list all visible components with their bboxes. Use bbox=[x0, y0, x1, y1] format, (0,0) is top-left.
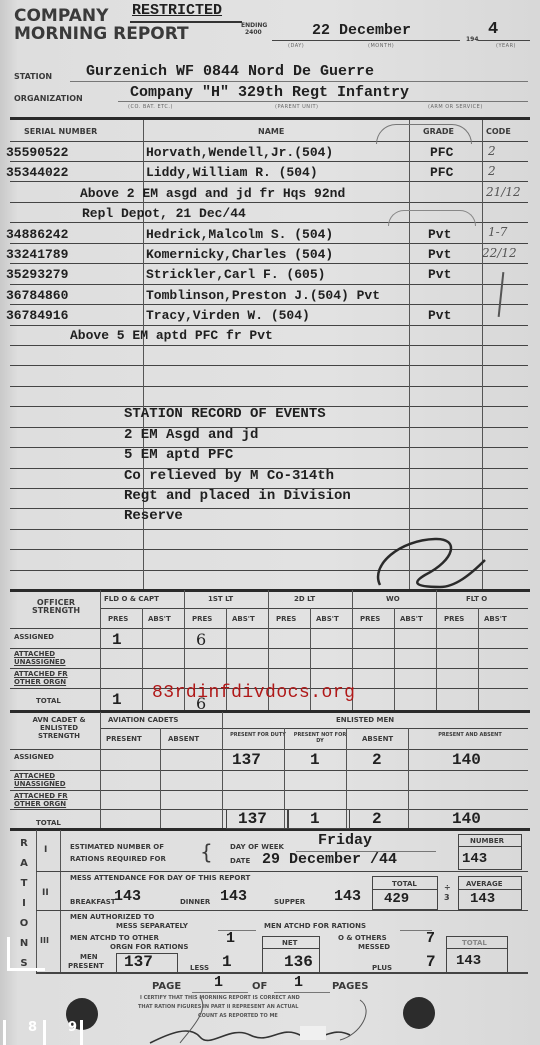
o-others-label: O & OTHERS bbox=[338, 934, 387, 942]
o-others-value: 7 bbox=[426, 930, 435, 947]
col-header-code: CODE bbox=[486, 127, 511, 136]
watermark-site: 83rdinfdivdocs.org bbox=[152, 683, 355, 703]
enlisted-row-line bbox=[10, 790, 528, 791]
men-atchd-for-rations-label: MEN ATCHD FOR RATIONS bbox=[264, 922, 366, 930]
day-caption: (DAY) bbox=[288, 43, 304, 49]
enl-col-present-absent: PRESENT AND ABSENT bbox=[420, 732, 520, 738]
film-glare bbox=[300, 1026, 326, 1040]
enl-total-absent: 2 bbox=[372, 810, 382, 828]
ration-number-value: 143 bbox=[462, 851, 487, 867]
rations-letter: S bbox=[18, 954, 30, 974]
row-grade: PFC bbox=[430, 145, 453, 160]
dinner-label: DINNER bbox=[180, 898, 210, 906]
row-name: Tomblinson,Preston J.(504) Pvt bbox=[146, 288, 380, 303]
rations-side-label: R A T I O N S bbox=[18, 834, 30, 974]
total-box-divider bbox=[372, 889, 438, 890]
officer-group-2d-lt: 2D LT bbox=[294, 595, 315, 603]
report-date: 22 December bbox=[312, 22, 411, 39]
rations-letter: R bbox=[18, 834, 30, 854]
signature-scrawl bbox=[140, 995, 390, 1045]
mess-total-value: 429 bbox=[384, 891, 409, 907]
rations-letter: A bbox=[18, 854, 30, 874]
row-name: Komernicky,Charles (504) bbox=[146, 247, 333, 262]
roster-top-border bbox=[10, 117, 530, 120]
row-line bbox=[10, 365, 528, 366]
net-label: NET bbox=[282, 939, 297, 947]
officer-row-label-attached-fr: ATTACHED FR OTHER ORGN bbox=[14, 670, 94, 686]
sub-pres: PRES bbox=[108, 615, 128, 623]
officer-group-fld: FLD O & CAPT bbox=[104, 595, 159, 603]
row-grade: Pvt bbox=[428, 308, 451, 323]
restricted-stamp: RESTRICTED bbox=[132, 2, 222, 19]
supper-value: 143 bbox=[334, 888, 361, 905]
ration-number-label: NUMBER bbox=[470, 837, 504, 845]
enlisted-strength-title: AVN CADET & ENLISTED STRENGTH bbox=[24, 716, 94, 740]
enl-total-present-duty: 137 bbox=[238, 810, 267, 828]
page-value: 1 bbox=[214, 974, 223, 991]
col-divider-grade bbox=[482, 120, 483, 590]
less-value: 1 bbox=[222, 953, 232, 971]
enlisted-col-line bbox=[222, 712, 223, 828]
restricted-underline bbox=[130, 21, 242, 23]
mess-average-value: 143 bbox=[470, 891, 495, 907]
row-serial: 35293279 bbox=[6, 267, 68, 282]
mess-total-label: TOTAL bbox=[392, 880, 417, 888]
page-underline bbox=[192, 992, 248, 993]
ration-total-label: TOTAL bbox=[462, 939, 487, 947]
record-events-title: STATION RECORD OF EVENTS bbox=[124, 406, 326, 422]
rations-section-line bbox=[36, 871, 528, 872]
officer-row-label-total: TOTAL bbox=[36, 697, 61, 705]
officer-group-1st-lt: 1ST LT bbox=[208, 595, 233, 603]
men-atchd-other-label: MEN ATCHD TO OTHER bbox=[70, 934, 159, 942]
officer-subheader-line bbox=[100, 608, 528, 609]
record-events-line: Regt and placed in Division bbox=[124, 488, 351, 504]
form-title-company: COMPANY bbox=[14, 6, 108, 26]
row-line bbox=[10, 345, 528, 346]
row-name: Hedrick,Malcolm S. (504) bbox=[146, 227, 333, 242]
enl-col-present-not-duty: PRESENT NOT FOR DY bbox=[292, 732, 348, 744]
enlisted-row-label-attached-unassigned: ATTACHED UNASSIGNED bbox=[14, 772, 90, 788]
ration-total-value: 143 bbox=[456, 953, 481, 969]
enl-col-present-duty: PRESENT FOR DUTY bbox=[230, 732, 286, 738]
sub-abst: ABS'T bbox=[232, 615, 255, 623]
mess-separately-label: MESS SEPARATELY bbox=[116, 922, 188, 930]
row-line bbox=[10, 386, 528, 387]
enlisted-col-line bbox=[408, 728, 409, 828]
enl-col-absent: ABSENT bbox=[362, 735, 393, 743]
row-note: Above 5 EM aptd PFC fr Pvt bbox=[70, 328, 273, 343]
row-line bbox=[10, 263, 528, 264]
frame-tick bbox=[43, 1020, 46, 1045]
mess-separately-underline bbox=[218, 930, 256, 931]
month-caption: (MONTH) bbox=[368, 43, 394, 49]
row-code: 2 bbox=[488, 144, 496, 158]
row-line bbox=[10, 304, 528, 305]
enl-total-present-not-duty: 1 bbox=[310, 810, 320, 828]
less-label: LESS bbox=[190, 964, 209, 972]
enl-assigned-present-not-duty: 1 bbox=[310, 751, 320, 769]
enlisted-row-label-assigned: ASSIGNED bbox=[14, 753, 54, 761]
org-caption-co: (CO. BAT. ETC.) bbox=[128, 104, 173, 110]
rations-letter: N bbox=[18, 934, 30, 954]
row-line bbox=[10, 181, 528, 182]
net-value: 136 bbox=[284, 953, 313, 971]
row-name: Liddy,William R. (504) bbox=[146, 165, 318, 180]
date-underline bbox=[272, 40, 460, 41]
frame-number: 9 bbox=[68, 1020, 77, 1035]
frame-tick bbox=[3, 1020, 6, 1045]
enl-col-present: PRESENT bbox=[106, 735, 142, 743]
officer-assigned-fld-pres: 1 bbox=[112, 631, 122, 649]
row-line bbox=[10, 325, 528, 326]
officer-row-label-attached-unassigned: ATTACHED UNASSIGNED bbox=[14, 650, 90, 666]
row-serial: 35590522 bbox=[6, 145, 68, 160]
station-underline bbox=[70, 81, 528, 82]
row-grade: Pvt bbox=[428, 267, 451, 282]
sub-abst: ABS'T bbox=[400, 615, 423, 623]
men-authorized-label: MEN AUTHORIZED TO bbox=[70, 913, 154, 921]
officer-col-line bbox=[436, 590, 437, 710]
form-title-morning-report: MORNING REPORT bbox=[14, 24, 189, 44]
sub-abst: ABS'T bbox=[316, 615, 339, 623]
row-line bbox=[10, 243, 528, 244]
frame-tick bbox=[80, 1020, 83, 1045]
enlisted-row-label-attached-fr: ATTACHED FR OTHER ORGN bbox=[14, 792, 94, 808]
sub-pres: PRES bbox=[360, 615, 380, 623]
row-grade: Pvt bbox=[428, 227, 451, 242]
orgn-for-rations-label: ORGN FOR RATIONS bbox=[110, 943, 188, 951]
sub-pres: PRES bbox=[444, 615, 464, 623]
station-label: STATION bbox=[14, 72, 52, 81]
enl-total-total: 140 bbox=[452, 810, 481, 828]
rations-letter: O bbox=[18, 914, 30, 934]
frame-number: 8 bbox=[28, 1020, 37, 1035]
sub-pres: PRES bbox=[276, 615, 296, 623]
row-line bbox=[10, 529, 528, 530]
col-header-name: NAME bbox=[258, 127, 284, 136]
enlisted-row-line bbox=[10, 770, 528, 771]
of-underline bbox=[274, 992, 330, 993]
row-code: 22/12 bbox=[482, 246, 517, 260]
organization-underline bbox=[118, 101, 528, 102]
estimated-rations-label: ESTIMATED NUMBER OF bbox=[70, 843, 164, 851]
ending-label: ENDING 2400 bbox=[241, 22, 267, 36]
officer-assigned-1st-lt-pres: 6 bbox=[196, 630, 206, 649]
ration-date-value: 29 December /44 bbox=[262, 851, 397, 868]
binder-hole-right bbox=[403, 997, 435, 1029]
messed-label: MESSED bbox=[358, 943, 390, 951]
aviation-cadets-header: AVIATION CADETS bbox=[108, 716, 178, 724]
plus-label: PLUS bbox=[372, 964, 392, 972]
org-caption-arm: (ARM OR SERVICE) bbox=[428, 104, 483, 110]
row-serial: 34886242 bbox=[6, 227, 68, 242]
plus-value: 7 bbox=[426, 953, 436, 971]
officer-col-line bbox=[478, 608, 479, 710]
sub-abst: ABS'T bbox=[484, 615, 507, 623]
enlisted-row-line bbox=[10, 749, 528, 750]
rations-roman-divider bbox=[60, 830, 61, 972]
officer-group-flt-o: FLT O bbox=[466, 595, 487, 603]
row-code: 2 bbox=[488, 164, 496, 178]
average-box-divider bbox=[458, 889, 522, 890]
enl-assigned-present-duty: 137 bbox=[232, 751, 261, 769]
rations-side-divider bbox=[36, 830, 37, 972]
officer-col-line bbox=[100, 590, 101, 710]
brace-icon: { bbox=[200, 840, 213, 864]
row-line bbox=[10, 508, 528, 509]
rations-letter: I bbox=[18, 894, 30, 914]
officer-row-line bbox=[10, 668, 528, 669]
men-present-label: MEN bbox=[80, 953, 98, 961]
enl-assigned-absent: 2 bbox=[372, 751, 382, 769]
row-note: Above 2 EM asgd and jd fr Hqs 92nd bbox=[80, 186, 345, 201]
sub-pres: PRES bbox=[192, 615, 212, 623]
breakfast-label: BREAKFAST bbox=[70, 898, 116, 906]
ending-time: 2400 bbox=[245, 29, 267, 36]
men-present-value: 137 bbox=[124, 953, 153, 971]
mess-average-label: AVERAGE bbox=[466, 880, 502, 888]
pages-label: PAGES bbox=[332, 981, 368, 992]
row-line bbox=[10, 284, 528, 285]
supper-label: SUPPER bbox=[274, 898, 305, 906]
record-events-line: Co relieved by M Co-314th bbox=[124, 468, 334, 484]
row-note: Repl Depot, 21 Dec/44 bbox=[82, 206, 246, 221]
org-caption-parent: (PARENT UNIT) bbox=[275, 104, 318, 110]
enl-assigned-total: 140 bbox=[452, 751, 481, 769]
report-year: 4 bbox=[488, 20, 498, 39]
record-events-line: 2 EM Asgd and jd bbox=[124, 427, 258, 443]
year-prefix: 194 bbox=[466, 36, 479, 43]
row-serial: 36784860 bbox=[6, 288, 68, 303]
row-code: 21/12 bbox=[486, 185, 521, 199]
row-serial: 33241789 bbox=[6, 247, 68, 262]
frame-corner-mark bbox=[7, 937, 10, 970]
officer-row-line bbox=[10, 628, 528, 629]
handwritten-arc bbox=[376, 124, 472, 144]
rations-required-label: RATIONS REQUIRED FOR bbox=[70, 855, 166, 863]
enlisted-col-line bbox=[160, 728, 161, 828]
officer-group-wo: WO bbox=[386, 595, 400, 603]
enlisted-row-label-total: TOTAL bbox=[36, 819, 61, 827]
officer-table-bottom-border bbox=[10, 710, 530, 713]
row-line bbox=[10, 427, 528, 428]
rations-roman-iii: III bbox=[40, 936, 49, 945]
of-value: 1 bbox=[294, 974, 303, 991]
frame-corner-mark bbox=[7, 968, 45, 971]
enlisted-men-header: ENLISTED MEN bbox=[336, 716, 394, 724]
rations-letter: T bbox=[18, 874, 30, 894]
record-events-line: 5 EM aptd PFC bbox=[124, 447, 233, 463]
handwritten-slash-mark bbox=[498, 272, 505, 317]
row-line bbox=[10, 202, 528, 203]
page-label: PAGE bbox=[152, 981, 181, 992]
net-box-divider bbox=[262, 948, 320, 949]
officer-col-line bbox=[394, 608, 395, 710]
number-box-divider bbox=[458, 846, 522, 847]
day-of-week-value: Friday bbox=[318, 832, 372, 849]
year-underline bbox=[478, 40, 530, 41]
dinner-value: 143 bbox=[220, 888, 247, 905]
row-line bbox=[10, 447, 528, 448]
record-events-line: Reserve bbox=[124, 508, 183, 524]
row-name: Horvath,Wendell,Jr.(504) bbox=[146, 145, 333, 160]
rations-section-line bbox=[36, 910, 528, 911]
year-caption: (YEAR) bbox=[496, 43, 516, 49]
enlisted-subheader-line bbox=[100, 728, 528, 729]
divide-by-three: ÷ 3 bbox=[444, 883, 452, 903]
handwritten-arc bbox=[388, 210, 476, 226]
officer-row-label-assigned: ASSIGNED bbox=[14, 633, 54, 641]
station-value: Gurzenich WF 0844 Nord De Guerre bbox=[86, 63, 374, 80]
ending-text: ENDING bbox=[241, 22, 267, 29]
col-header-serial: SERIAL NUMBER bbox=[24, 127, 97, 136]
row-grade: PFC bbox=[430, 165, 453, 180]
enlisted-col-line bbox=[100, 712, 101, 828]
rations-roman-ii: II bbox=[42, 888, 49, 898]
ration-total-divider bbox=[446, 948, 508, 949]
officer-row-line bbox=[10, 648, 528, 649]
officer-col-line bbox=[142, 608, 143, 710]
men-present-label-2: PRESENT bbox=[68, 962, 104, 970]
breakfast-value: 143 bbox=[114, 888, 141, 905]
row-serial: 36784916 bbox=[6, 308, 68, 323]
sub-abst: ABS'T bbox=[148, 615, 171, 623]
row-name: Strickler,Carl F. (605) bbox=[146, 267, 325, 282]
rations-roman-i: I bbox=[44, 845, 47, 855]
enl-col-absent: ABSENT bbox=[168, 735, 199, 743]
row-serial: 35344022 bbox=[6, 165, 68, 180]
row-grade: Pvt bbox=[428, 247, 451, 262]
col-divider-name bbox=[409, 120, 410, 590]
organization-label: ORGANIZATION bbox=[14, 94, 83, 103]
row-line bbox=[10, 161, 528, 162]
officer-table-top-border bbox=[10, 589, 530, 592]
row-code: 1-7 bbox=[488, 225, 507, 239]
day-of-week-label: DAY OF WEEK bbox=[230, 843, 284, 851]
row-name: Tracy,Virden W. (504) bbox=[146, 308, 310, 323]
morning-report-document: COMPANY RESTRICTED MORNING REPORT ENDING… bbox=[0, 0, 540, 1045]
mess-attendance-label: MESS ATTENDANCE FOR DAY OF THIS REPORT bbox=[70, 874, 250, 882]
organization-value: Company "H" 329th Regt Infantry bbox=[130, 84, 409, 101]
officer-total-fld-pres: 1 bbox=[112, 691, 122, 709]
atchd-other-value: 1 bbox=[226, 930, 235, 947]
officer-strength-title: OFFICER STRENGTH bbox=[26, 599, 86, 615]
of-label: OF bbox=[252, 981, 267, 992]
ration-date-label: DATE bbox=[230, 857, 250, 865]
